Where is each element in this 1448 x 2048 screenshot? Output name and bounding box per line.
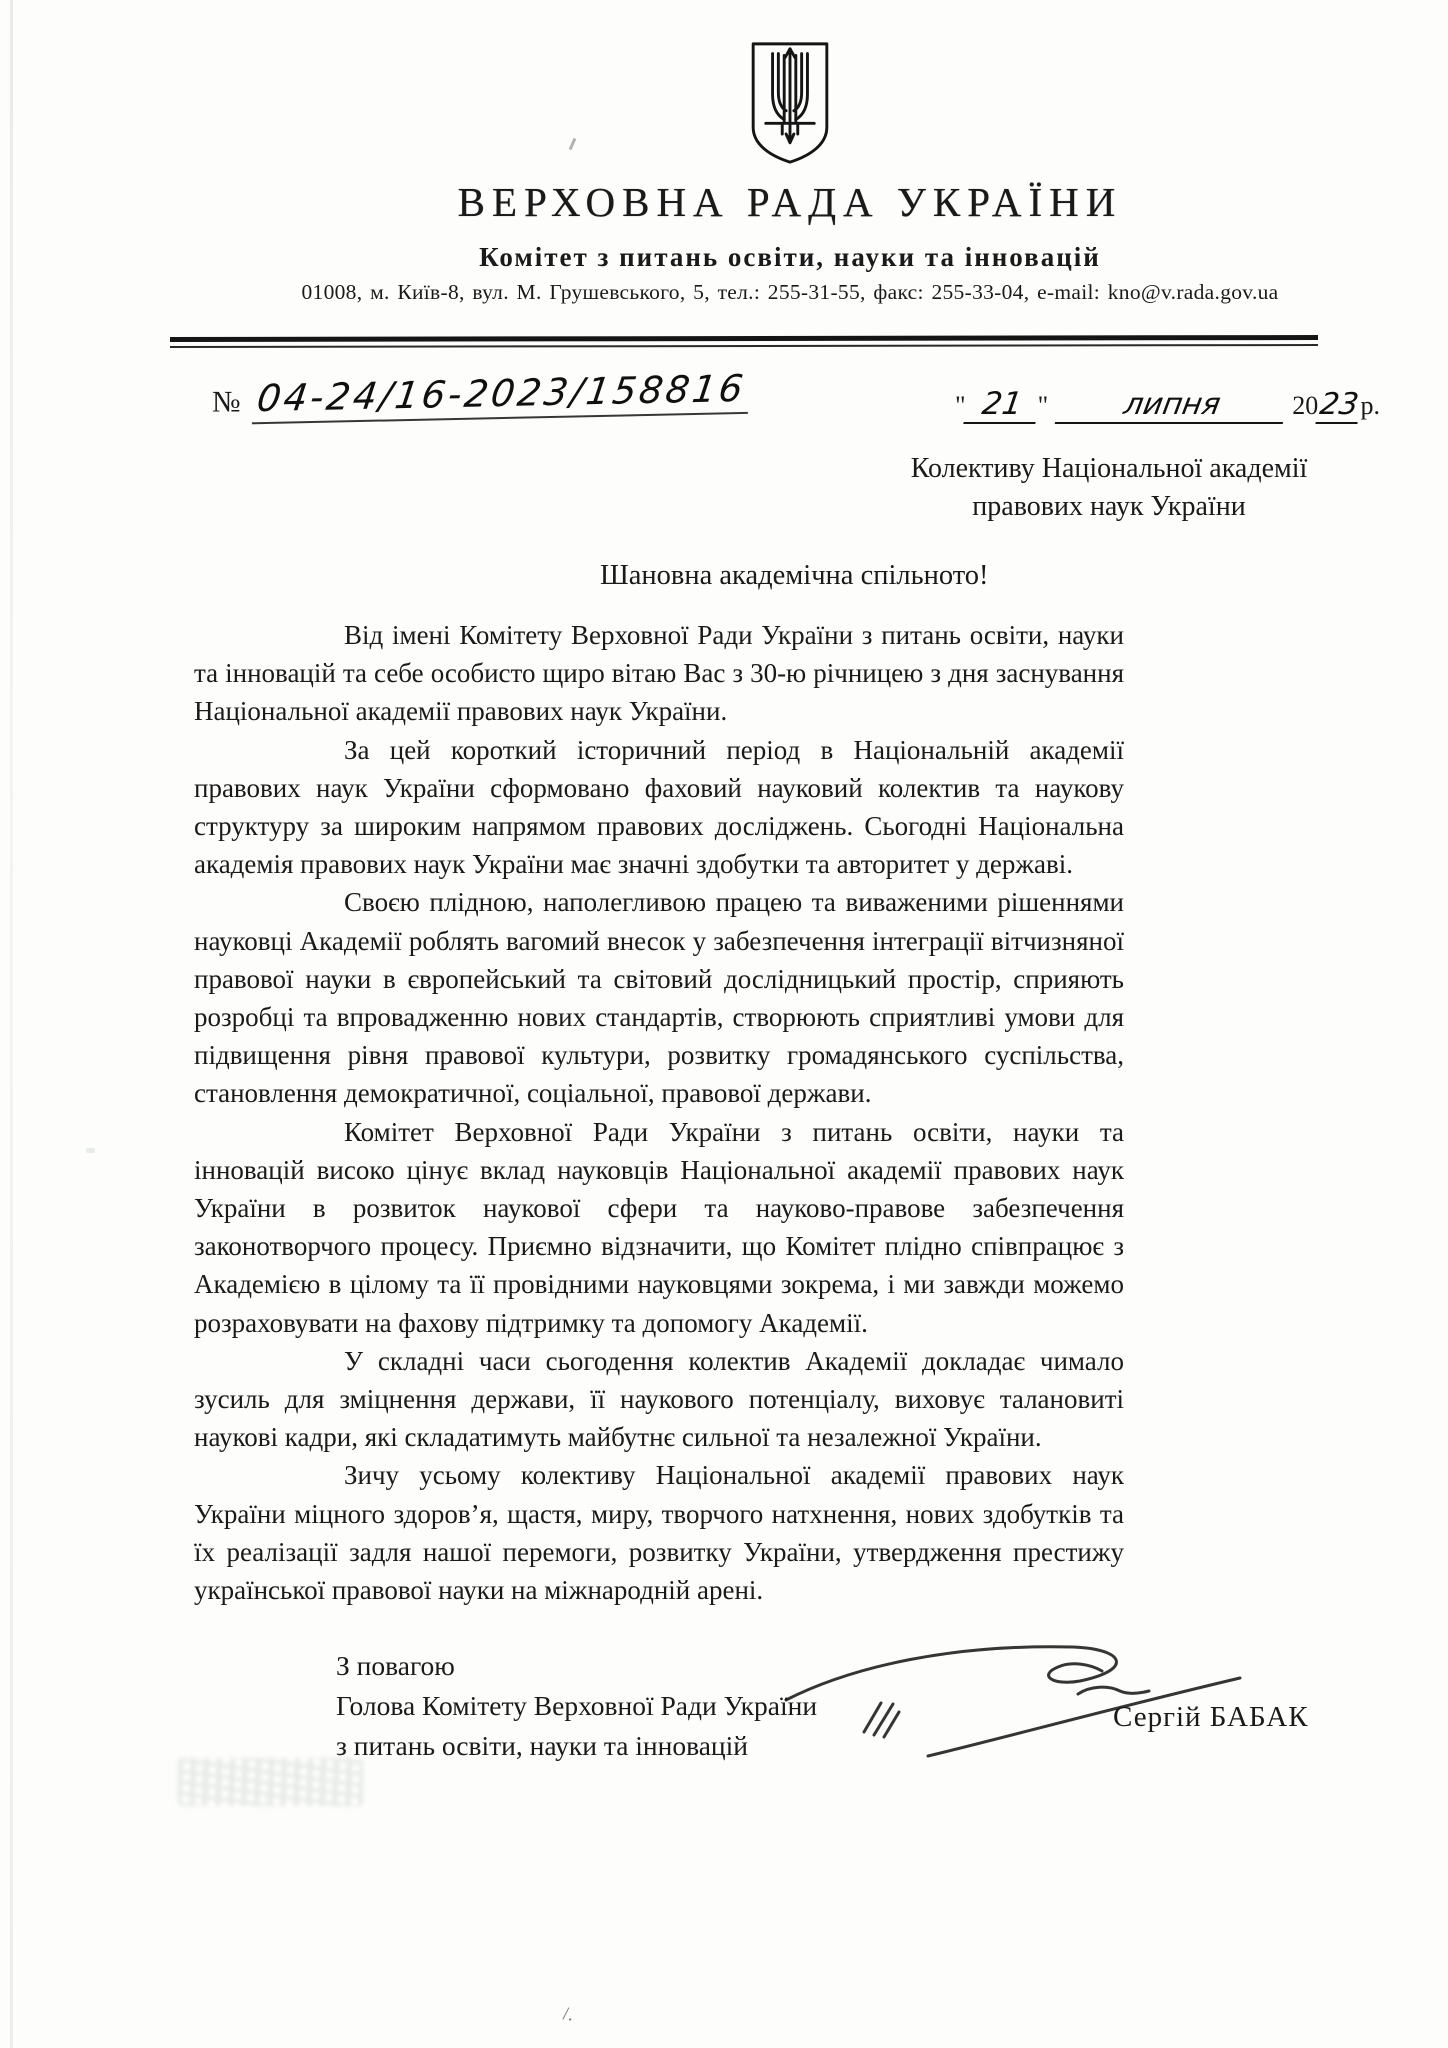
contact-line: 01008, м. Київ-8, вул. М. Грушевського, … [132, 280, 1448, 305]
date-year-suffix: р. [1360, 391, 1380, 420]
paragraph: Зичу усьому колективу Національної акаде… [194, 1456, 1124, 1609]
signoff-closing: З повагою [336, 1646, 817, 1686]
addressee-line-2: правових наук України [893, 488, 1325, 526]
ink-speck-artifact [86, 1148, 95, 1153]
paragraph: У складні часи сьогодення колектив Акаде… [194, 1342, 1124, 1457]
scanned-letter-page: ВЕРХОВНА РАДА УКРАЇНИ Комітет з питань о… [0, 0, 1448, 2048]
bottom-mark-artifact: /. [562, 2003, 575, 2026]
separator-rule-thick [170, 335, 1318, 342]
signoff-position-line-1: Голова Комітету Верховної Ради України [336, 1686, 817, 1726]
paragraph: Своєю плідною, наполегливою працею та ви… [194, 883, 1124, 1112]
paragraph: Від імені Комітету Верховної Ради Україн… [194, 616, 1124, 731]
addressee-block: Колективу Національної академії правових… [893, 450, 1325, 526]
signoff-position-line-2: з питань освіти, науки та інновацій [336, 1726, 817, 1766]
paragraph: За цей короткий історичний період в Наці… [194, 731, 1124, 884]
reference-number-sign: № [212, 385, 241, 418]
separator-rule-thin [170, 344, 1318, 348]
signoff-block: З повагою Голова Комітету Верховної Ради… [336, 1646, 817, 1766]
paragraph: Комітет Верховної Ради України з питань … [194, 1113, 1124, 1342]
ukraine-coat-of-arms-icon [746, 40, 834, 166]
scan-edge-artifact [10, 0, 13, 2048]
addressee-line-1: Колективу Національної академії [893, 450, 1325, 488]
reference-number-handwritten: 04-24/16-2023/158816 [251, 367, 754, 425]
date-day-handwritten: 21 [963, 386, 1040, 424]
stamp-ghost-artifact [178, 1758, 363, 1806]
date-line: "21"липня2023р. [955, 386, 1380, 424]
signatory-name: Сергій БАБАК [1113, 1701, 1309, 1734]
letter-body: Від імені Комітету Верховної Ради Україн… [194, 616, 1124, 1609]
date-year-printed: 20 [1292, 391, 1318, 420]
letterhead-separator [170, 335, 1318, 348]
date-year-handwritten: 23 [1316, 387, 1363, 424]
reference-line: №04-24/16-2023/158816 [212, 372, 751, 419]
org-title: ВЕРХОВНА РАДА УКРАЇНИ [132, 178, 1448, 226]
date-month-handwritten: липня [1055, 387, 1290, 424]
committee-name: Комітет з питань освіти, науки та іннова… [132, 242, 1448, 273]
letterhead: ВЕРХОВНА РАДА УКРАЇНИ Комітет з питань о… [132, 40, 1448, 305]
salutation: Шановна академічна спільното! [600, 560, 989, 592]
